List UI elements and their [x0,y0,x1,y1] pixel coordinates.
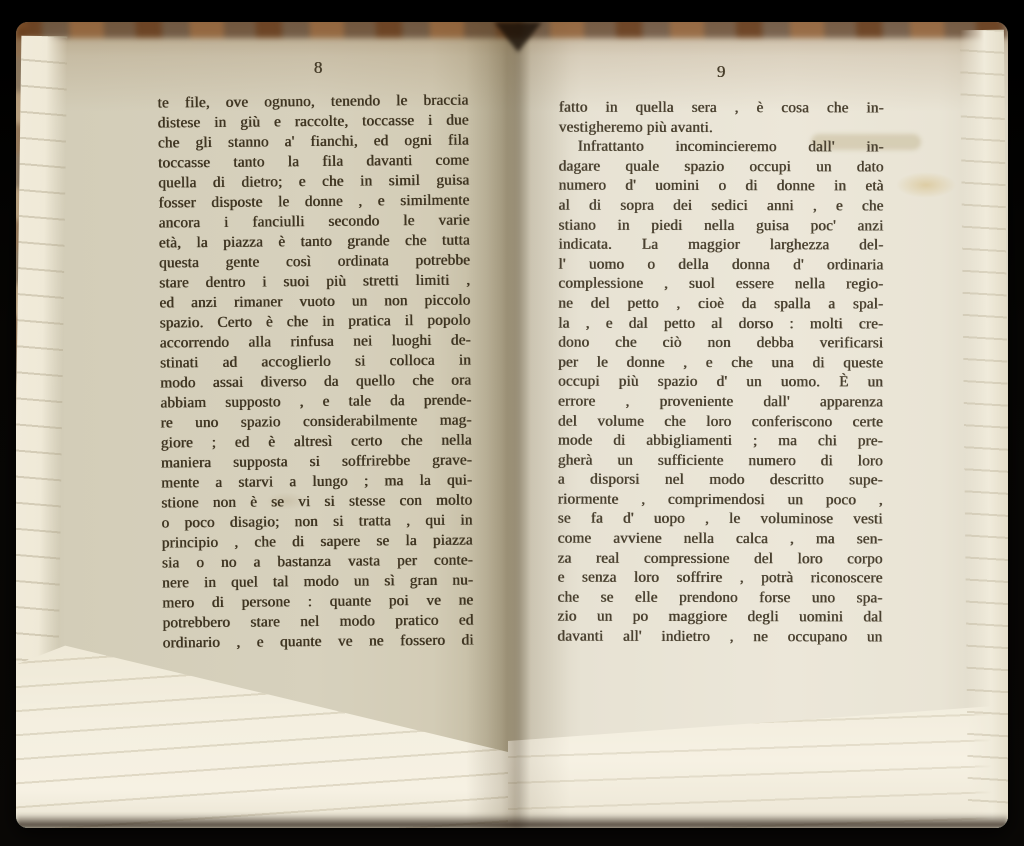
text-line: indicata. La maggior larghezza del- [558,235,883,255]
text-line: numero d' uomini o di donne in età [558,176,883,196]
background-top [0,0,1024,14]
gutter-shadow [466,22,570,828]
page-number-9: 9 [698,62,744,82]
foxing-stain [896,172,956,198]
text-line: fatto in quella sera , è cosa che in- [559,98,884,118]
text-line: come avviene nella calca , ma sen- [558,529,883,549]
text-line: se fa d' uopo , le voluminose vesti [558,509,883,529]
text-line: gherà un sufficiente numero di loro [558,450,883,470]
text-line: ordinario , e quante ve ne fossero di [163,630,474,653]
bottom-crease-shadow [16,814,1008,828]
page-edges-bottom-right [508,678,1008,828]
page-edges-bottom-left [16,638,508,828]
text-line: davanti all' indietro , ne occupano un [557,627,882,647]
text-line: che se elle prendono forse uno spa- [557,587,882,607]
page-9-text: fatto in quella sera , è cosa che in-ves… [557,98,883,647]
text-line: complessione , suol essere nella regio- [558,274,883,294]
text-line: l' uomo o della donna d' ordinaria [558,254,883,274]
text-line: dagare quale spazio occupi un dato [559,156,884,176]
text-line: za real compressione del loro corpo [557,548,882,568]
gutter-top-notch [494,22,542,52]
text-line: la , e dal petto al dorso : molti cre- [558,313,883,333]
text-line: stiano in piedi nella guisa poc' anzi [558,215,883,235]
text-line: a disporsi nel modo descritto supe- [558,470,883,490]
text-line: Infrattanto incomincieremo dall' in- [559,137,884,157]
page-number-8: 8 [295,58,341,78]
text-line: riormente , comprimendosi un poco , [558,489,883,509]
text-line: zio un po maggiore degli uomini dal [557,607,882,627]
text-line: ne del petto , cioè da spalla a spal- [558,294,883,314]
text-line: del volume che loro conferiscono certe [558,411,883,431]
book-photograph: 8 9 te file, ove ognuno, tenendo le brac… [0,0,1024,846]
text-line: al di sopra dei sedici anni , e che [558,196,883,216]
text-line: per le donne , e che una di queste [558,352,883,372]
text-line: dono che ciò non debba verificarsi [558,333,883,353]
text-line: errore , proveniente dall' apparenza [558,391,883,411]
text-line: occupi più spazio d' un uomo. È un [558,372,883,392]
text-line: vestigheremo più avanti. [559,117,884,137]
page-edges-right [960,30,1008,820]
text-line: mode di abbigliamenti ; ma chi pre- [558,431,883,451]
text-line: e senza loro soffrire , potrà riconoscer… [557,568,882,588]
page-8-text: te file, ove ognuno, tenendo le bracciad… [157,91,473,654]
